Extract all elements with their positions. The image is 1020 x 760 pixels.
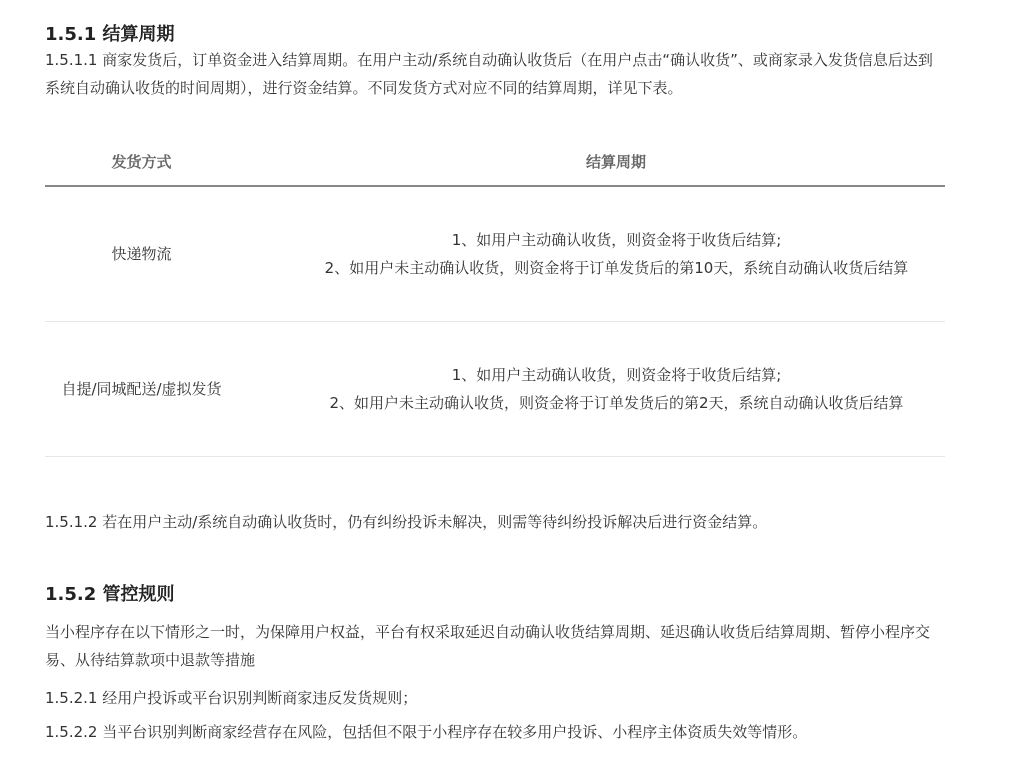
settlement-cycle-table: 发货方式 结算周期 快递物流 1、如用户主动确认收货，则资金将于收货后结算; 2… — [45, 138, 945, 457]
paragraph-1-5-2-2: 1.5.2.2 当平台识别判断商家经营存在风险，包括但不限于小程序存在较多用户投… — [45, 718, 945, 746]
settlement-rule-line: 2、如用户未主动确认收货，则资金将于订单发货后的第10天，系统自动确认收货后结算 — [288, 254, 945, 282]
section-heading-control-rules: 1.5.2 管控规则 — [45, 580, 175, 606]
column-header-settlement-cycle: 结算周期 — [238, 138, 945, 186]
cell-settlement-cycle: 1、如用户主动确认收货，则资金将于收货后结算; 2、如用户未主动确认收货，则资金… — [238, 322, 945, 457]
settlement-rule-line: 2、如用户未主动确认收货，则资金将于订单发货后的第2天，系统自动确认收货后结算 — [288, 389, 945, 417]
column-header-shipping-method: 发货方式 — [45, 138, 238, 186]
paragraph-control-intro: 当小程序存在以下情形之一时，为保障用户权益，平台有权采取延迟自动确认收货结算周期… — [45, 618, 945, 674]
paragraph-1-5-1-2: 1.5.1.2 若在用户主动/系统自动确认收货时，仍有纠纷投诉未解决，则需等待纠… — [45, 508, 945, 536]
cell-shipping-method: 快递物流 — [45, 186, 238, 322]
paragraph-1-5-1-1: 1.5.1.1 商家发货后，订单资金进入结算周期。在用户主动/系统自动确认收货后… — [45, 46, 945, 102]
section-heading-settlement-cycle: 1.5.1 结算周期 — [45, 20, 175, 46]
settlement-rule-line: 1、如用户主动确认收货，则资金将于收货后结算; — [288, 361, 945, 389]
paragraph-1-5-2-1: 1.5.2.1 经用户投诉或平台识别判断商家违反发货规则； — [45, 684, 945, 712]
cell-shipping-method: 自提/同城配送/虚拟发货 — [45, 322, 238, 457]
cell-settlement-cycle: 1、如用户主动确认收货，则资金将于收货后结算; 2、如用户未主动确认收货，则资金… — [238, 186, 945, 322]
table-row: 自提/同城配送/虚拟发货 1、如用户主动确认收货，则资金将于收货后结算; 2、如… — [45, 322, 945, 457]
settlement-rule-line: 1、如用户主动确认收货，则资金将于收货后结算; — [288, 226, 945, 254]
table-row: 快递物流 1、如用户主动确认收货，则资金将于收货后结算; 2、如用户未主动确认收… — [45, 186, 945, 322]
table-header-row: 发货方式 结算周期 — [45, 138, 945, 186]
